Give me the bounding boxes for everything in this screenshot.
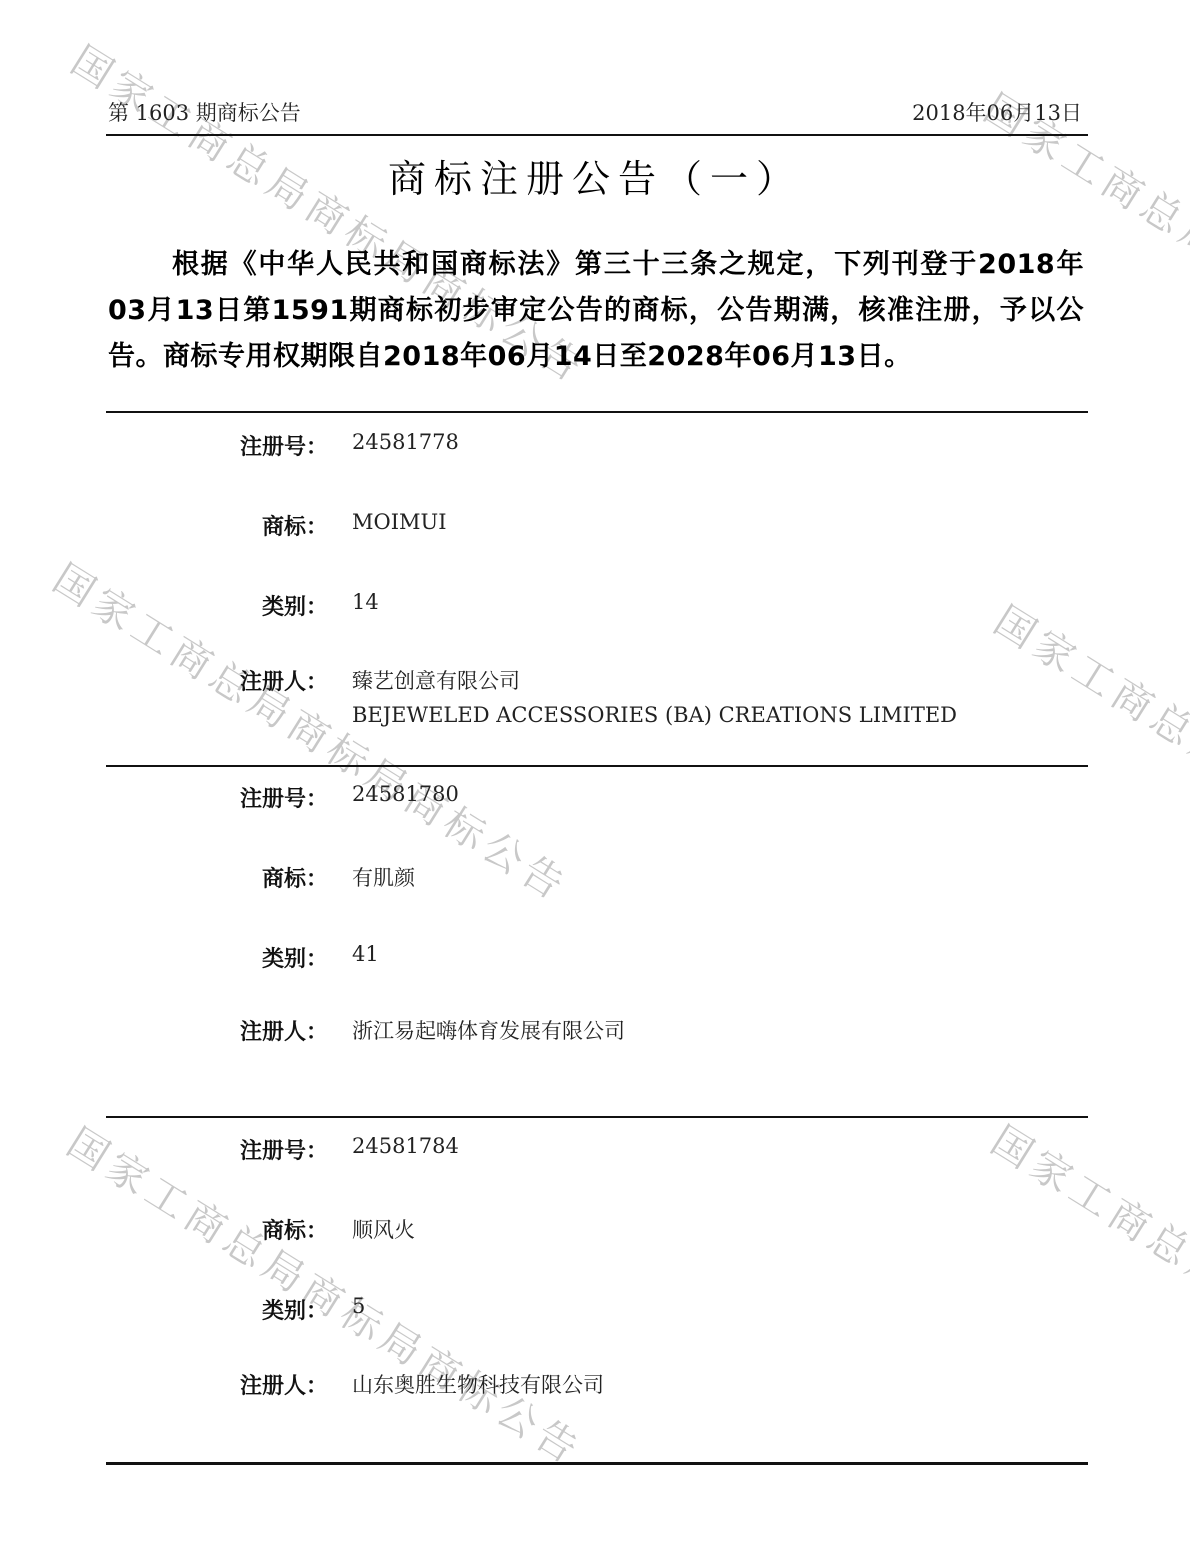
class-value: 14	[352, 590, 379, 614]
reg-no-value: 24581780	[352, 782, 459, 806]
intro-paragraph: 根据《中华人民共和国商标法》第三十三条之规定，下列刊登于2018年03月13日第…	[108, 242, 1084, 380]
mark-label: 商标：	[262, 1214, 328, 1245]
registrant-label: 注册人：	[240, 665, 328, 696]
registrant-label: 注册人：	[240, 1015, 328, 1046]
record-divider	[106, 765, 1088, 767]
class-value: 5	[352, 1294, 365, 1318]
section-divider	[106, 411, 1088, 413]
header-divider	[106, 134, 1088, 136]
registrant-label: 注册人：	[240, 1369, 328, 1400]
page-title: 商标注册公告（一）	[0, 148, 1190, 203]
registrant-value: 山东奥胜生物科技有限公司	[352, 1369, 604, 1399]
reg-no-label: 注册号：	[240, 1134, 328, 1165]
reg-no-value: 24581784	[352, 1134, 459, 1158]
mark-value: MOIMUI	[352, 510, 447, 534]
issue-number: 第 1603 期商标公告	[108, 97, 301, 127]
record-divider	[106, 1116, 1088, 1118]
mark-value: 顺风火	[352, 1214, 415, 1244]
class-label: 类别：	[262, 590, 328, 621]
reg-no-label: 注册号：	[240, 782, 328, 813]
watermark: 国家工商总局商标局商标公告	[985, 590, 1190, 955]
class-label: 类别：	[262, 1294, 328, 1325]
class-value: 41	[352, 942, 379, 966]
mark-value: 有肌颜	[352, 862, 415, 892]
registrant-en-value: BEJEWELED ACCESSORIES (BA) CREATIONS LIM…	[352, 703, 957, 727]
class-label: 类别：	[262, 942, 328, 973]
reg-no-value: 24581778	[352, 430, 459, 454]
issue-date: 2018年06月13日	[912, 97, 1082, 127]
footer-divider	[106, 1462, 1088, 1465]
mark-label: 商标：	[262, 862, 328, 893]
registrant-value: 臻艺创意有限公司	[352, 665, 520, 695]
registrant-value: 浙江易起嗨体育发展有限公司	[352, 1015, 625, 1045]
mark-label: 商标：	[262, 510, 328, 541]
reg-no-label: 注册号：	[240, 430, 328, 461]
